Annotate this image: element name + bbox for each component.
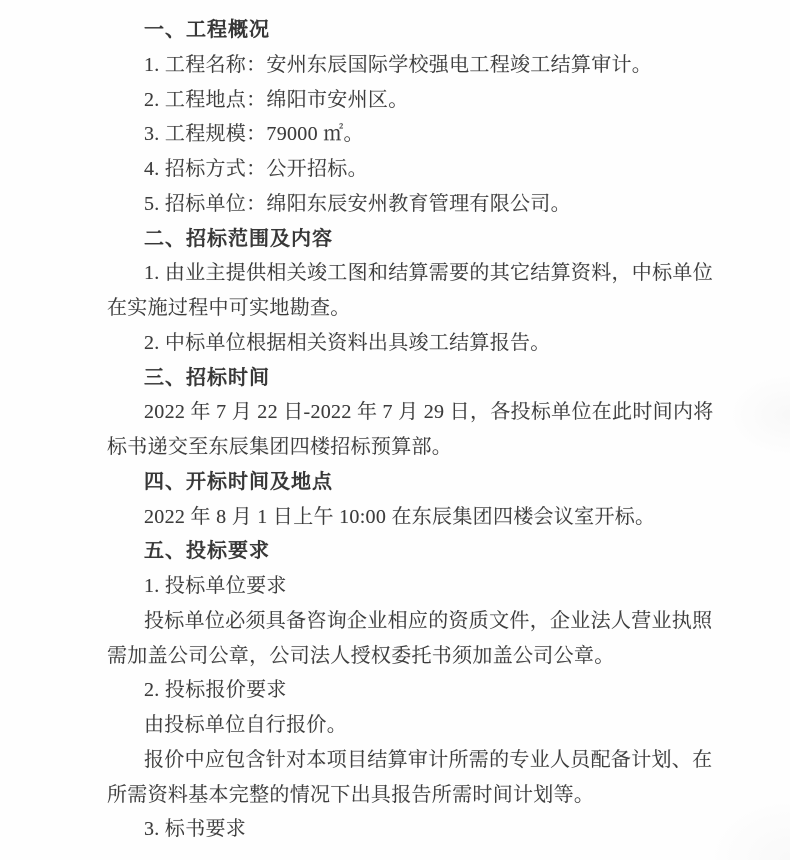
paragraph-line: 2022 年 8 月 1 日上午 10:00 在东辰集团四楼会议室开标。 — [107, 500, 707, 535]
section-heading-4: 四、开标时间及地点 — [107, 465, 707, 500]
paragraph-line: 1. 投标单位要求 — [107, 569, 707, 604]
paragraph-line: 所需资料基本完整的情况下出具报告所需时间计划等。 — [107, 778, 707, 813]
paragraph-line: 报价中应包含针对本项目结算审计所需的专业人员配备计划、在 — [107, 743, 707, 778]
paragraph-line: 2. 投标报价要求 — [107, 673, 707, 708]
paragraph-line: 2. 中标单位根据相关资料出具竣工结算报告。 — [107, 326, 707, 361]
paragraph-line: 2022 年 7 月 22 日-2022 年 7 月 29 日，各投标单位在此时… — [107, 395, 707, 430]
document-page: 一、工程概况 1. 工程名称：安州东辰国际学校强电工程竣工结算审计。 2. 工程… — [0, 0, 790, 860]
section-heading-5: 五、投标要求 — [107, 534, 707, 569]
document-content: 一、工程概况 1. 工程名称：安州东辰国际学校强电工程竣工结算审计。 2. 工程… — [107, 13, 707, 847]
section-heading-2: 二、招标范围及内容 — [107, 222, 707, 257]
paragraph-line: 投标单位必须具备咨询企业相应的资质文件，企业法人营业执照 — [107, 604, 707, 639]
paragraph-line: 3. 工程规模：79000 ㎡。 — [107, 117, 707, 152]
section-heading-1: 一、工程概况 — [107, 13, 707, 48]
paragraph-line: 2. 工程地点：绵阳市安州区。 — [107, 83, 707, 118]
paragraph-line: 3. 标书要求 — [107, 812, 707, 847]
paragraph-line: 1. 工程名称：安州东辰国际学校强电工程竣工结算审计。 — [107, 48, 707, 83]
paragraph-line: 需加盖公司公章，公司法人授权委托书须加盖公司公章。 — [107, 639, 707, 674]
paragraph-line: 标书递交至东辰集团四楼招标预算部。 — [107, 430, 707, 465]
paragraph-line: 1. 由业主提供相关竣工图和结算需要的其它结算资料，中标单位 — [107, 256, 707, 291]
paragraph-line: 在实施过程中可实地勘查。 — [107, 291, 707, 326]
paragraph-line: 4. 招标方式：公开招标。 — [107, 152, 707, 187]
section-heading-3: 三、招标时间 — [107, 361, 707, 396]
paragraph-line: 5. 招标单位：绵阳东辰安州教育管理有限公司。 — [107, 187, 707, 222]
paragraph-line: 由投标单位自行报价。 — [107, 708, 707, 743]
